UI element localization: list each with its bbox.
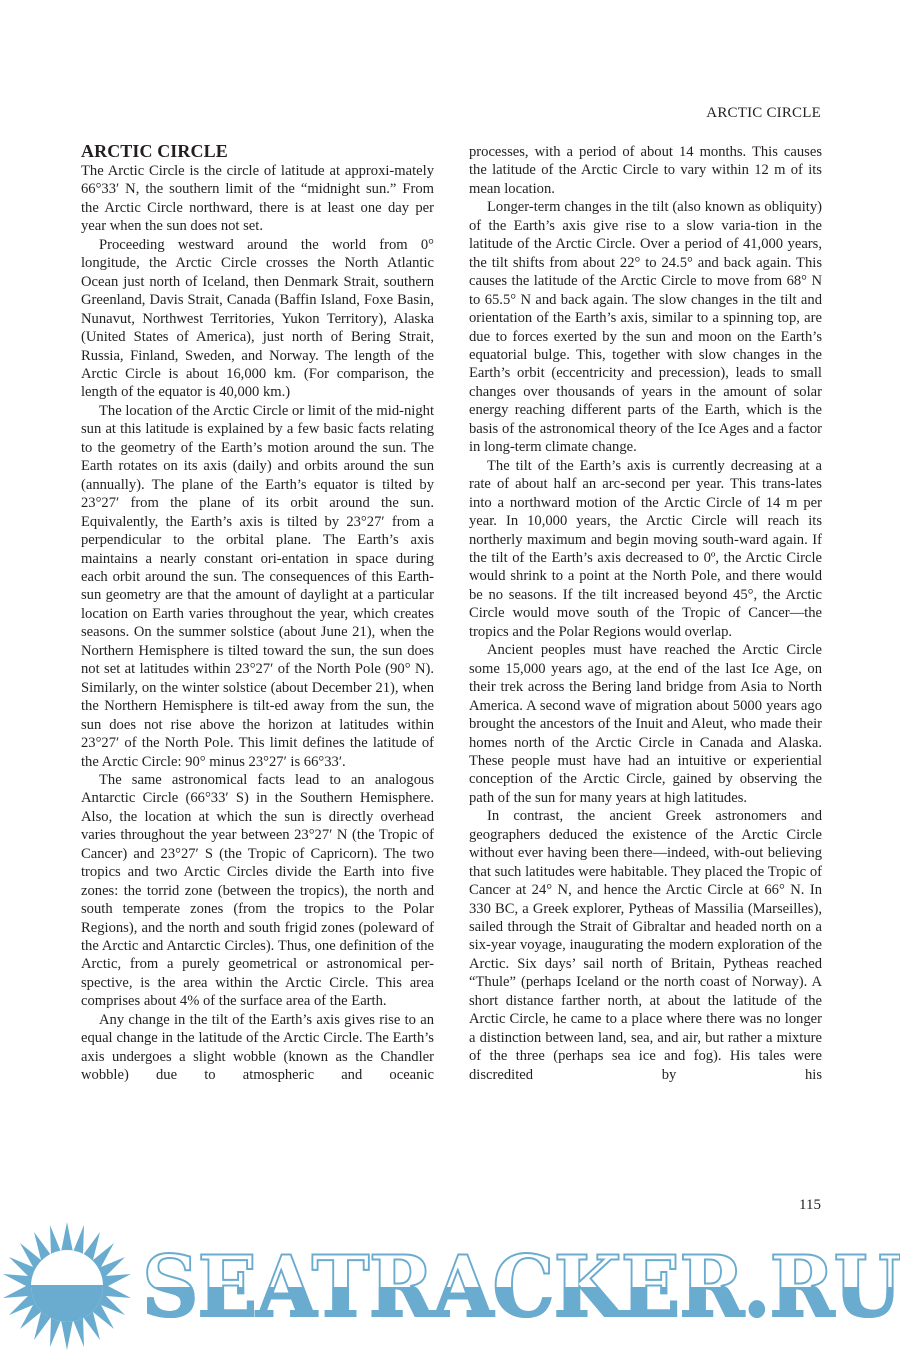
paragraph: The location of the Arctic Circle or lim…: [81, 402, 434, 771]
watermark: SEATRACKER.RU: [0, 1222, 900, 1350]
right-column: processes, with a period of about 14 mon…: [469, 143, 822, 1084]
paragraph: Proceeding westward around the world fro…: [81, 236, 434, 402]
watermark-text: SEATRACKER.RU: [142, 1242, 900, 1332]
entry-title: ARCTIC CIRCLE: [81, 141, 434, 162]
page-number: 115: [799, 1197, 821, 1214]
paragraph: The Arctic Circle is the circle of latit…: [81, 162, 434, 236]
paragraph: The same astronomical facts lead to an a…: [81, 771, 434, 1011]
paragraph: processes, with a period of about 14 mon…: [469, 143, 822, 198]
left-column: ARCTIC CIRCLE The Arctic Circle is the c…: [81, 141, 434, 1085]
paragraph: Any change in the tilt of the Earth’s ax…: [81, 1011, 434, 1085]
paragraph: In contrast, the ancient Greek astronome…: [469, 807, 822, 1084]
paragraph: Ancient peoples must have reached the Ar…: [469, 641, 822, 807]
sun-over-sea-icon: [0, 1222, 135, 1350]
paragraph: Longer-term changes in the tilt (also kn…: [469, 198, 822, 456]
running-head: ARCTIC CIRCLE: [706, 105, 821, 122]
paragraph: The tilt of the Earth’s axis is currentl…: [469, 457, 822, 642]
